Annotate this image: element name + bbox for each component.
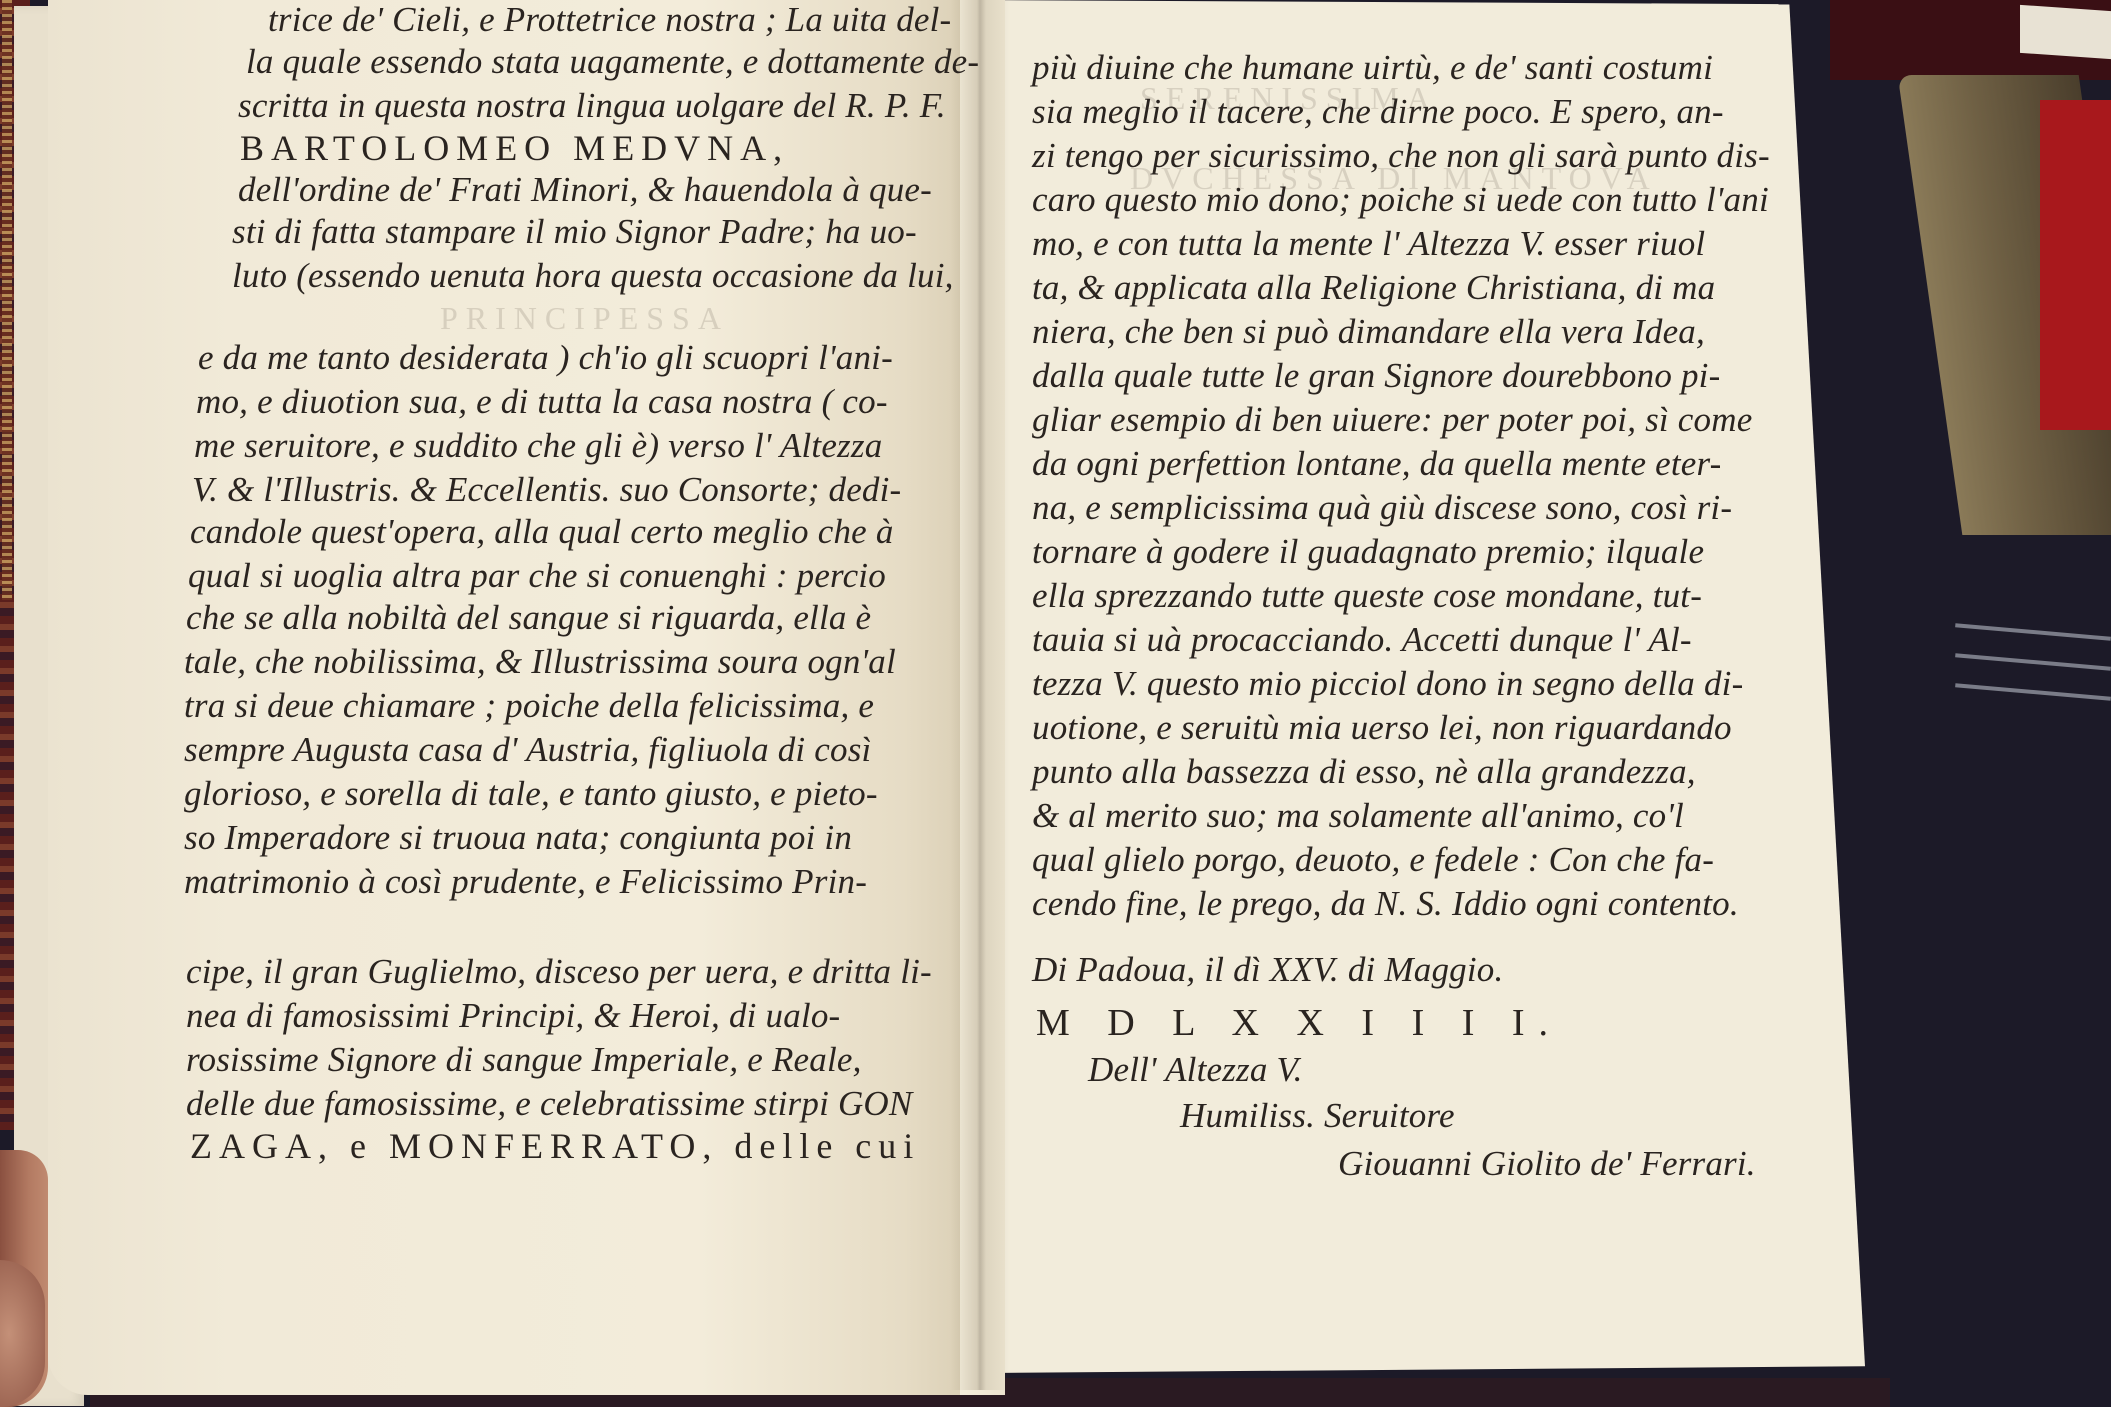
text-line: scritta in questa nostra lingua uolgare …: [238, 88, 946, 123]
text-line: matrimonio à così prudente, e Felicissim…: [184, 864, 867, 899]
text-line: uotione, e seruitù mia uerso lei, non ri…: [1032, 710, 1732, 745]
text-line: tra si deue chiamare ; poiche della feli…: [184, 688, 874, 723]
text-line: nea di famosissimi Principi, & Heroi, di…: [186, 998, 840, 1033]
text-line: e da me tanto desiderata ) ch'io gli scu…: [198, 340, 893, 375]
text-line: niera, che ben si può dimandare ella ver…: [1032, 314, 1705, 349]
signature-title: Humiliss. Seruitore: [1180, 1098, 1455, 1133]
text-line: sia meglio il tacere, che dirne poco. E …: [1032, 94, 1724, 129]
gutter-shadow: [950, 0, 1010, 1390]
text-line: tale, che nobilissima, & Illustrissima s…: [184, 644, 896, 679]
text-line: ta, & applicata alla Religione Christian…: [1032, 270, 1715, 305]
text-line: so Imperadore si truoua nata; congiunta …: [184, 820, 852, 855]
text-line: me seruitore, e suddito che gli è) verso…: [194, 428, 882, 463]
text-line: na, e semplicissima quà giù discese sono…: [1032, 490, 1732, 525]
text-line: tauia si uà procacciando. Accetti dunque…: [1032, 622, 1692, 657]
text-line: & al merito suo; ma solamente all'animo,…: [1032, 798, 1684, 833]
text-line: rosissime Signore di sangue Imperiale, e…: [186, 1042, 862, 1077]
plastic-sleeve-edge: [1955, 683, 2111, 701]
background-book-red-spine: [2040, 100, 2111, 430]
text-line: tornare à godere il guadagnato premio; i…: [1032, 534, 1704, 569]
text-line: qual glielo porgo, deuoto, e fedele : Co…: [1032, 842, 1714, 877]
text-line: Di Padoua, il dì XXV. di Maggio.: [1032, 952, 1503, 987]
text-line: la quale essendo stata uagamente, e dott…: [246, 44, 979, 79]
text-line: V. & l'Illustris. & Eccellentis. suo Con…: [192, 472, 901, 507]
photo-scene: 16 SERENISSIMA DVCHESSA DI MANTOVA PRINC…: [0, 0, 2111, 1407]
signature-name: Giouanni Giolito de' Ferrari.: [1338, 1146, 1756, 1181]
text-line: glorioso, e sorella di tale, e tanto giu…: [184, 776, 878, 811]
text-line: da ogni perfettion lontane, da quella me…: [1032, 446, 1722, 481]
plastic-sleeve-edge: [1955, 623, 2111, 641]
text-line: tezza V. questo mio picciol dono in segn…: [1032, 666, 1743, 701]
text-line: mo, e con tutta la mente l' Altezza V. e…: [1032, 226, 1705, 261]
text-line: caro questo mio dono; poiche si uede con…: [1032, 182, 1769, 217]
text-line: ZAGA, e MONFERRATO, delle cui: [190, 1128, 920, 1164]
year-roman-numeral: M D L X X I I I I.: [1036, 1004, 1562, 1042]
text-line: luto (essendo uenuta hora questa occasio…: [232, 258, 954, 293]
text-line: mo, e diuotion sua, e di tutta la casa n…: [196, 384, 888, 419]
text-line: sti di fatta stampare il mio Signor Padr…: [232, 214, 917, 249]
background-card: [2020, 5, 2111, 59]
text-line: più diuine che humane uirtù, e de' santi…: [1032, 50, 1713, 85]
text-line: qual si uoglia altra par che si conuengh…: [188, 558, 886, 593]
text-line: sempre Augusta casa d' Austria, figliuol…: [184, 732, 871, 767]
text-line: trice de' Cieli, e Prottetrice nostra ; …: [268, 2, 951, 37]
text-line: delle due famosissime, e celebratissime …: [186, 1086, 912, 1121]
text-line: ella sprezzando tutte queste cose mondan…: [1032, 578, 1702, 613]
text-line: dalla quale tutte le gran Signore doureb…: [1032, 358, 1720, 393]
text-line: cipe, il gran Guglielmo, disceso per uer…: [186, 954, 932, 989]
text-line: BARTOLOMEO MEDVNA,: [240, 130, 789, 166]
closing-line: Dell' Altezza V.: [1088, 1052, 1303, 1087]
text-line: candole quest'opera, alla qual certo meg…: [190, 514, 894, 549]
plastic-sleeve-edge: [1955, 653, 2111, 671]
text-line: dell'ordine de' Frati Minori, & hauendol…: [238, 172, 932, 207]
text-line: gliar esempio di ben uiuere: per poter p…: [1032, 402, 1752, 437]
text-line: zi tengo per sicurissimo, che non gli sa…: [1032, 138, 1770, 173]
thumb: [0, 1260, 45, 1407]
text-line: punto alla bassezza di esso, nè alla gra…: [1032, 754, 1696, 789]
text-line: cendo fine, le prego, da N. S. Iddio ogn…: [1032, 886, 1739, 921]
text-line: che se alla nobiltà del sangue si riguar…: [186, 600, 871, 635]
show-through-text: PRINCIPESSA: [440, 300, 729, 337]
